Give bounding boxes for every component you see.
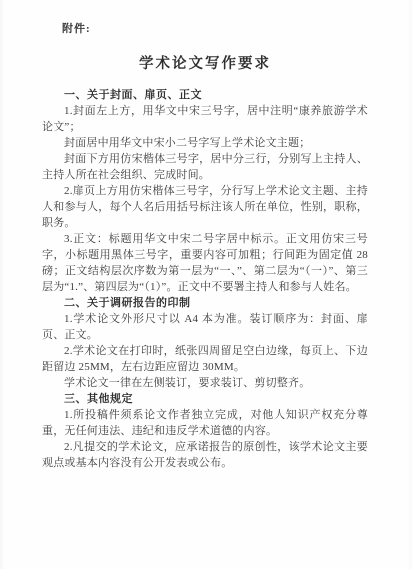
- paragraph: 2.扉页上方用仿宋楷体三号字，分行写上学术论文主题、主持人和参与人，每个人名后用…: [42, 183, 368, 231]
- paragraph: 1.封面左上方，用华文中宋三号字，居中注明“康养旅游学术论文”；: [42, 103, 368, 135]
- paragraph: 1.所投稿件须系论文作者独立完成，对他人知识产权充分尊重，无任何违法、违纪和违反…: [42, 407, 368, 439]
- section-heading: 三、其他规定: [42, 391, 368, 407]
- paragraph: 3.正文：标题用华文中宋二号字居中标示。正文用仿宋三号字，小标题用黑体三号字，重…: [42, 231, 368, 295]
- section-cover-flyleaf-text: 一、关于封面、扉页、正文 1.封面左上方，用华文中宋三号字，居中注明“康养旅游学…: [42, 87, 368, 295]
- section-printing: 二、关于调研报告的印制 1.学术论文外形尺寸以 A4 本为准。装订顺序为：封面、…: [42, 295, 368, 391]
- section-heading: 一、关于封面、扉页、正文: [42, 87, 368, 103]
- paragraph: 2.学术论文在打印时，纸张四周留足空白边缘，每页上、下边距留边 25MM，左右边…: [42, 343, 368, 375]
- paragraph: 封面下方用仿宋楷体三号字，居中分三行，分别写上主持人、主持人所在社会组织、完成时…: [42, 151, 368, 183]
- section-heading: 二、关于调研报告的印制: [42, 295, 368, 311]
- document-body: 一、关于封面、扉页、正文 1.封面左上方，用华文中宋三号字，居中注明“康养旅游学…: [42, 87, 368, 471]
- document-page: 附件: 学术论文写作要求 一、关于封面、扉页、正文 1.封面左上方，用华文中宋三…: [0, 0, 412, 569]
- paragraph: 学术论文一律在左侧装订，要求装订、剪切整齐。: [42, 375, 368, 391]
- paragraph: 2.凡提交的学术论文，应承诺报告的原创性，该学术论文主要观点或基本内容没有公开发…: [42, 439, 368, 471]
- section-other-rules: 三、其他规定 1.所投稿件须系论文作者独立完成，对他人知识产权充分尊重，无任何违…: [42, 391, 368, 471]
- document-title: 学术论文写作要求: [42, 55, 368, 73]
- paragraph: 封面居中用华文中宋小二号字写上学术论文主题；: [42, 135, 368, 151]
- attachment-label: 附件:: [62, 21, 368, 37]
- paragraph: 1.学术论文外形尺寸以 A4 本为准。装订顺序为：封面、扉页、正文。: [42, 311, 368, 343]
